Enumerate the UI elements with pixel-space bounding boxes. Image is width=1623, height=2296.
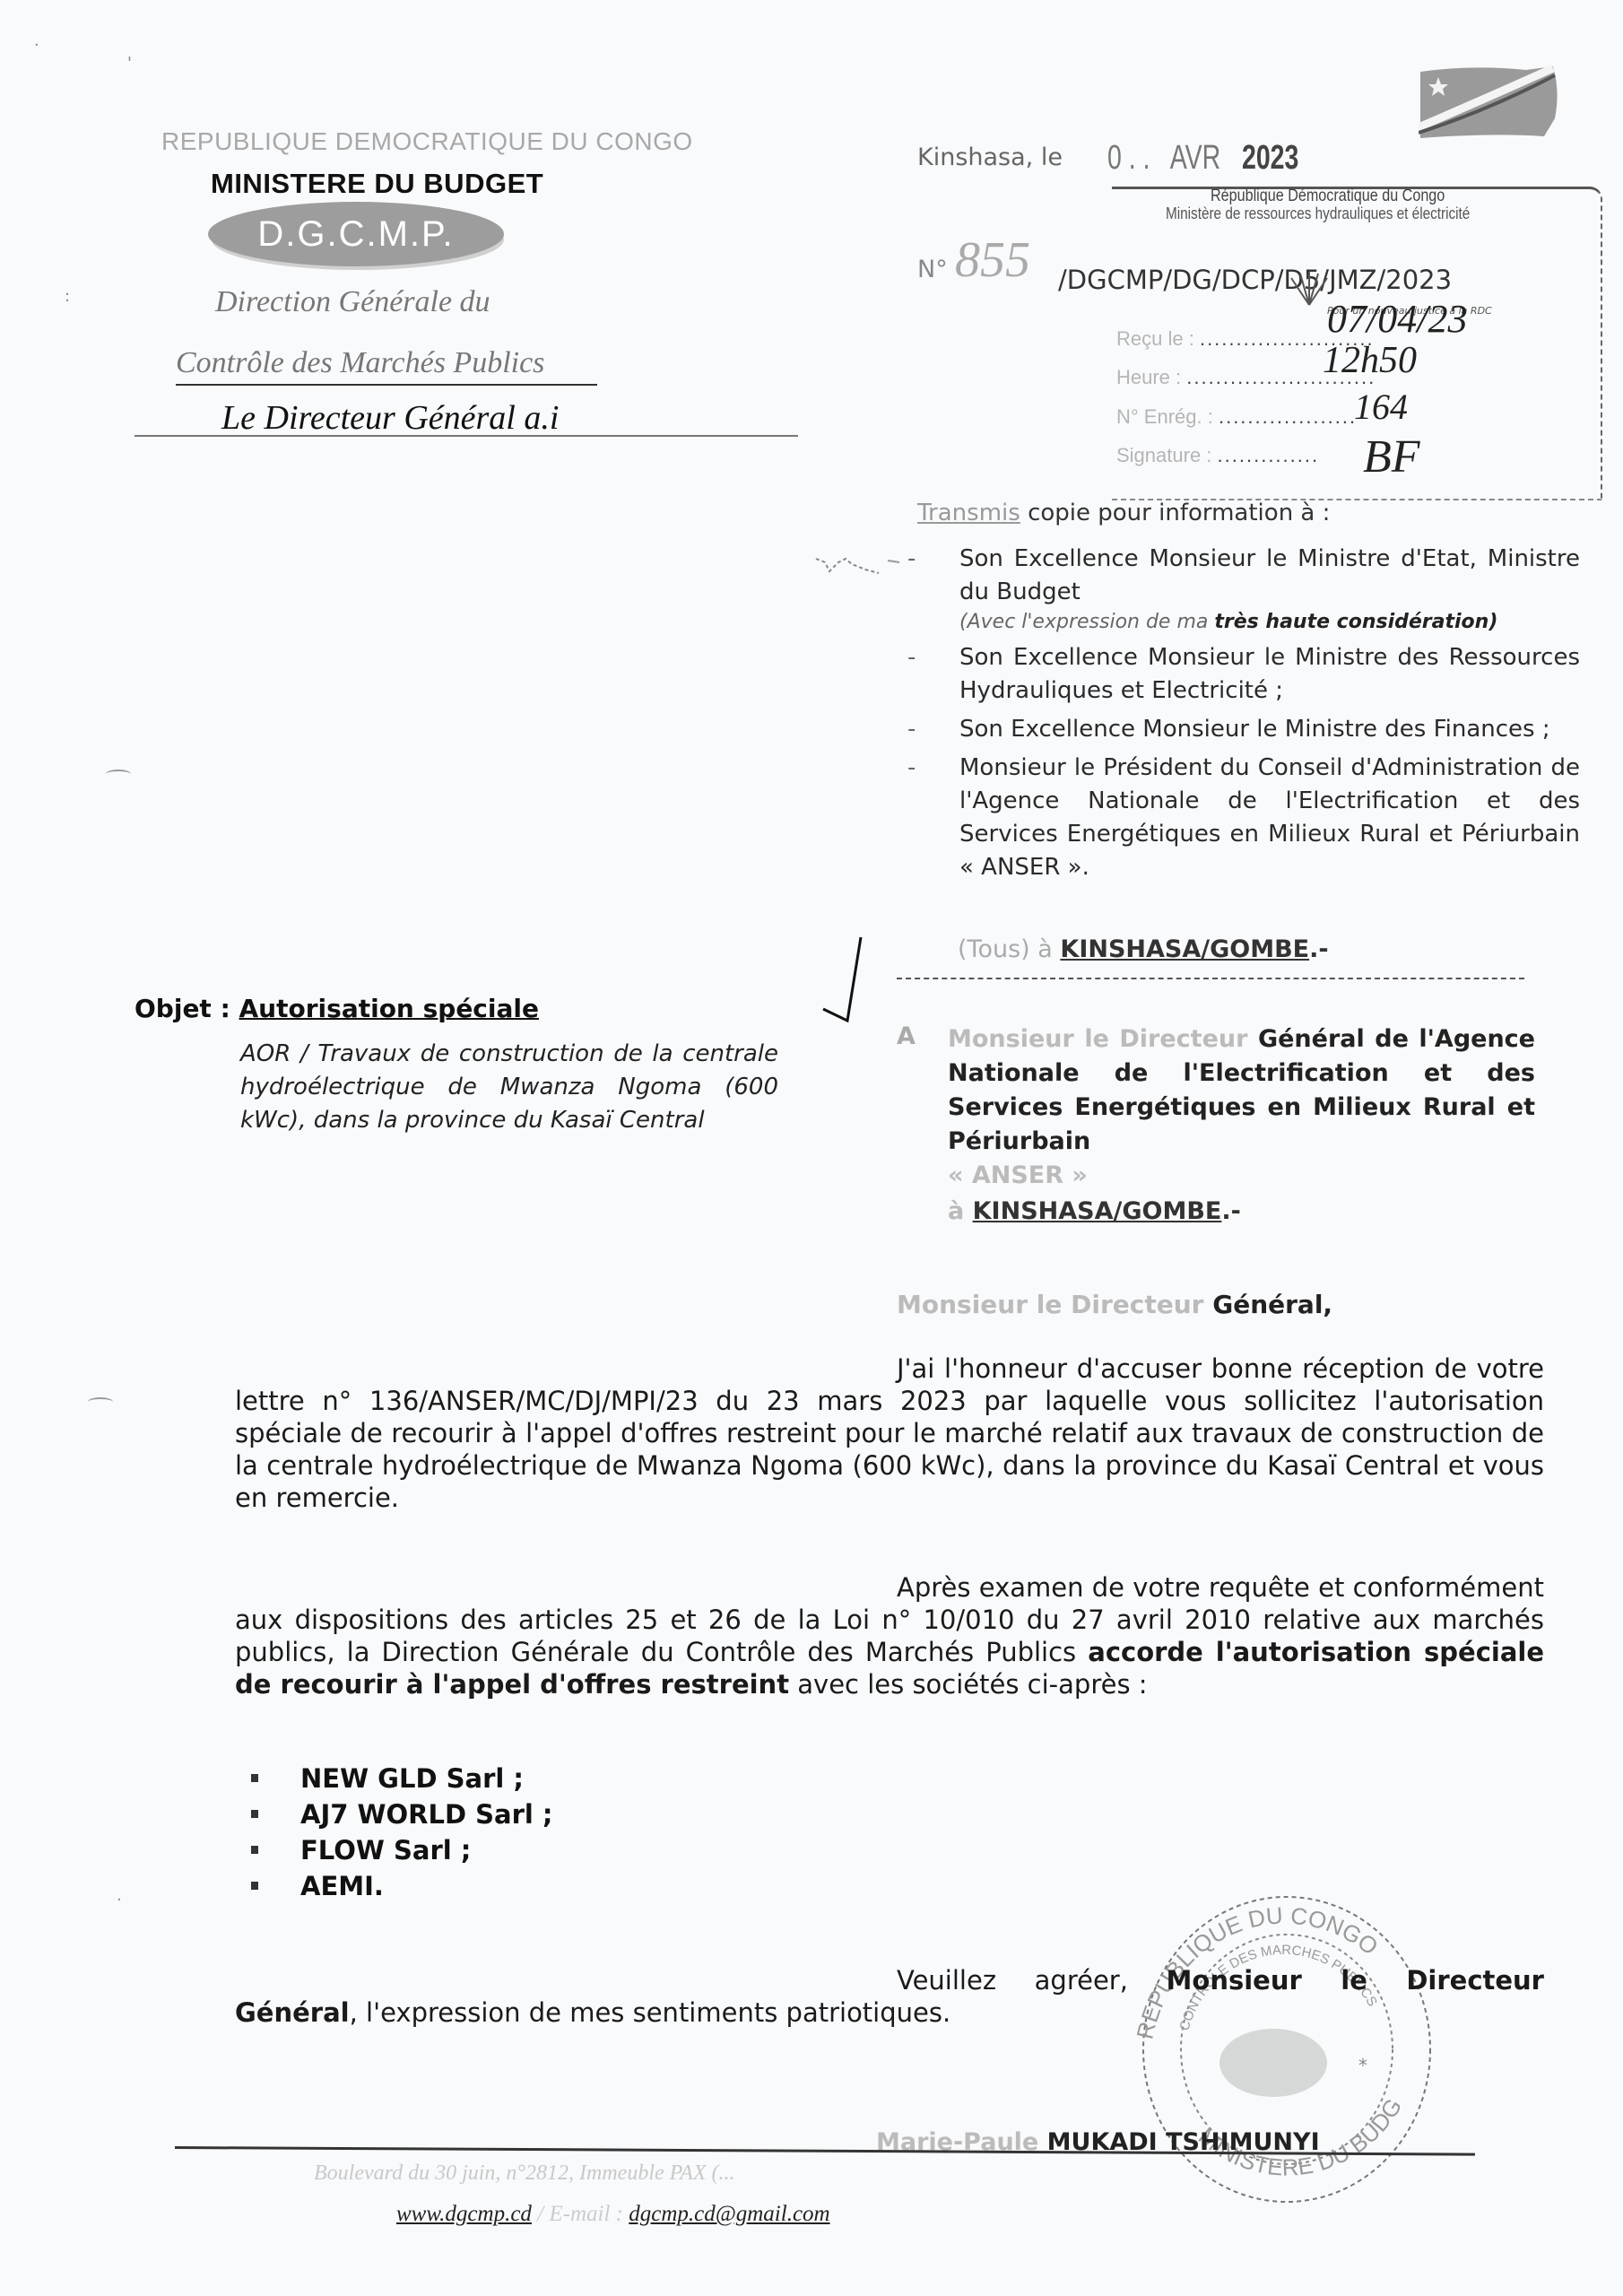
date-day: 0 . . [1107,139,1150,177]
date-year: 2023 [1242,139,1298,177]
divider [135,435,798,437]
drc-flag-icon [1419,65,1562,138]
copy-recipient: - Son Excellence Monsieur le Ministre d'… [907,543,1580,636]
copy-recipient: - Son Excellence Monsieur le Ministre de… [907,713,1580,746]
hole-punch-mark [88,1397,113,1406]
scan-mark: · [34,36,39,55]
company-item: AEMI. [251,1868,553,1904]
divider [176,384,597,386]
handwritten-received-date: 07/04/23 [1327,296,1467,342]
handwritten-signature: BF [1363,430,1420,483]
scan-mark: ' [127,54,132,73]
addressee: Monsieur le Directeur Général de l'Agenc… [948,1022,1535,1193]
email-link[interactable]: dgcmp.cd@gmail.com [629,2202,829,2226]
handwritten-registration-number: 164 [1354,386,1408,428]
website-link[interactable]: www.dgcmp.cd [396,2202,532,2226]
addressee-city: à KINSHASA/GOMBE.- [948,1197,1241,1225]
bullet-icon [251,1882,258,1890]
country-name: REPUBLIQUE DEMOCRATIQUE DU CONGO [161,127,693,156]
copies-list: - Son Excellence Monsieur le Ministre d'… [907,543,1580,890]
subject-line: Objet : Autorisation spéciale [135,994,539,1023]
logo-text: D.G.C.M.P. [257,214,454,255]
bullet-icon [251,1774,258,1782]
copy-recipient: - Son Excellence Monsieur le Ministre de… [907,641,1580,708]
dgcmp-logo: D.G.C.M.P. [208,202,504,266]
company-item: AJ7 WORLD Sarl ; [251,1796,553,1832]
ministry-name: MINISTERE DU BUDGET [211,168,543,200]
closing-paragraph: Veuillez agréer, Monsieur le Directeur G… [235,1964,1544,2029]
handwritten-checkmark-icon [816,928,870,1027]
direction-name-line1: Direction Générale du [215,285,490,319]
salutation: Monsieur le Directeur Général, [897,1290,1332,1319]
stamp-field-signature: Signature : .............. [1116,444,1319,467]
direction-name-line2: Contrôle des Marchés Publics [176,346,544,380]
copy-recipient: - Monsieur le Président du Conseil d'Adm… [907,752,1580,884]
copies-city: (Tous) à KINSHASA/GOMBE.- [958,935,1329,963]
signatory-title: Le Directeur Général a.i [221,398,559,438]
addressee-prefix: A [897,1022,916,1050]
bullet-icon [251,1810,258,1818]
copies-heading: Transmis copie pour information à : [917,500,1330,526]
stamp-ministry: Ministère de ressources hydrauliques et … [1166,204,1470,223]
date-stamp: 0 . . AVR 2023 [1107,139,1298,178]
place-date-label: Kinshasa, le [917,143,1063,171]
subject-description: AOR / Travaux de construction de la cent… [240,1038,778,1137]
footer-contact: www.dgcmp.cd / E-mail : dgcmp.cd@gmail.c… [396,2202,830,2227]
footer-address: Boulevard du 30 juin, n°2812, Immeuble P… [314,2161,735,2186]
scan-mark: · [117,1891,122,1909]
svg-text:*: * [1358,2055,1367,2076]
reference-number-handwritten: 855 [955,231,1030,289]
body-paragraph-1: J'ai l'honneur d'accuser bonne réception… [235,1352,1544,1514]
stamp-country: République Démocratique du Congo [1211,187,1445,206]
date-month: AVR [1170,139,1220,177]
body-paragraph-2: Après examen de votre requête et conform… [235,1571,1544,1700]
company-item: FLOW Sarl ; [251,1832,553,1868]
scan-mark: : [65,287,70,306]
handwritten-time: 12h50 [1323,339,1417,382]
handwritten-scribble-icon [811,552,910,587]
hole-punch-mark [106,770,131,778]
bullet-icon [251,1846,258,1854]
companies-list: NEW GLD Sarl ; AJ7 WORLD Sarl ; FLOW Sar… [251,1761,553,1904]
reference-prefix: N° [917,256,948,283]
copy-note: (Avec l'expression de ma très haute cons… [959,609,1580,636]
subject-title: Autorisation spéciale [239,994,539,1023]
stamp-field-registration: N° Enrég. : ................... [1116,405,1357,429]
dashed-divider [897,978,1524,979]
official-seal-icon: REPUBLIQUE DU CONGO CONTROLE DES MARCHES… [1116,1870,1439,2211]
company-item: NEW GLD Sarl ; [251,1761,553,1796]
